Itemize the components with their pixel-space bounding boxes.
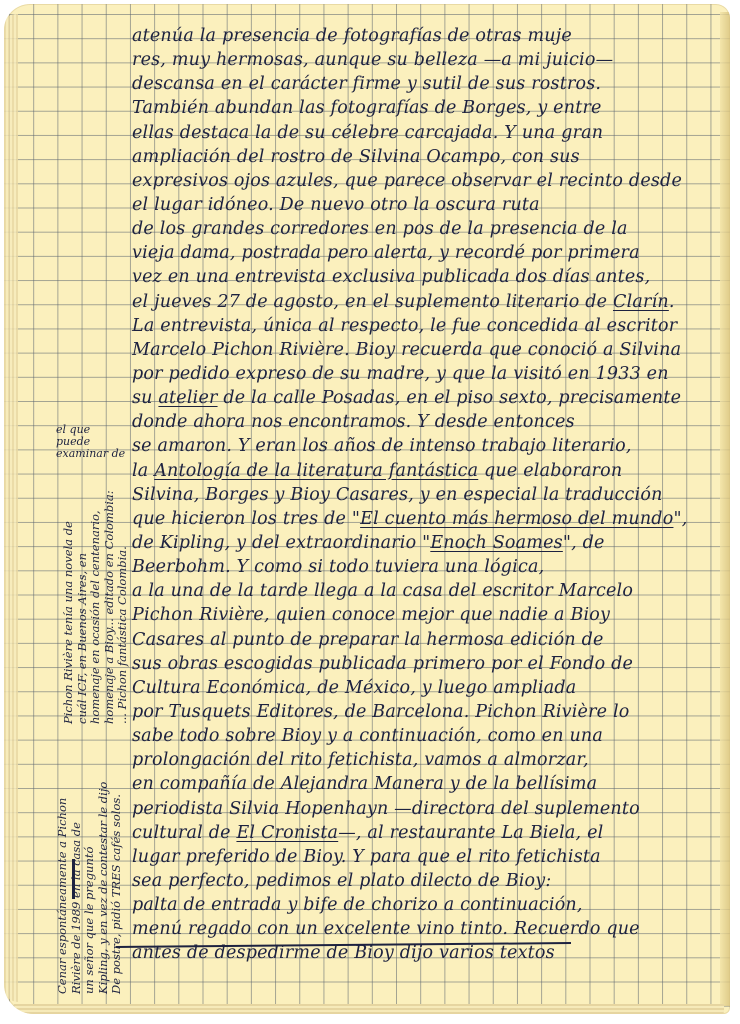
text-line: de Kipling, y del extraordinario "Enoch … [132,531,730,555]
margin-note-line: De postre, pidió TRES cafés solos. [110,782,124,994]
text-line: res, muy hermosas, aunque su belleza —a … [132,48,730,72]
underlined-title: El cuento más hermoso del mundo [360,509,673,529]
text-line: ellas destaca la de su célebre carcajada… [132,121,730,145]
margin-note-line: cuál ICF, en Buenos Aires, en [76,490,90,724]
margin-note-vertical-upper: Pichon Rivière tenía una novela decuál I… [62,490,130,724]
text-line: se amaron. Y eran los años de intenso tr… [132,434,730,458]
text-line: Casares al punto de preparar la hermosa … [132,628,730,652]
text-line: donde ahora nos encontramos. Y desde ent… [132,410,730,434]
text-line: la Antología de la literatura fantástica… [132,459,730,483]
margin-note-line: homenaje en ocasión del centenario, [89,490,103,724]
text-line: Pichon Rivière, quien conoce mejor que n… [132,603,730,627]
margin-note-line: Pichon Rivière tenía una novela de [62,490,76,724]
text-line: menú regado con un excelente vino tinto.… [132,917,730,941]
text-line: vieja dama, postrada pero alerta, y reco… [132,241,730,265]
margin-note-top-left: el quepuedeexaminar de [56,424,136,460]
underlined-title: Clarín [613,292,669,312]
text-line: periodista Silvia Hopenhayn —directora d… [132,797,730,821]
text-line: sea perfecto, pedimos el plato dilecto d… [132,869,730,893]
text-line: el jueves 27 de agosto, en el suplemento… [132,290,730,314]
text-line: Cultura Económica, de México, y luego am… [132,676,730,700]
text-line: el lugar idóneo. De nuevo otro la oscura… [132,193,730,217]
text-line: lugar preferido de Bioy. Y para que el r… [132,845,730,869]
underlined-title: Enoch Soames [430,533,563,553]
text-line: descansa en el carácter firme y sutil de… [132,72,730,96]
text-line: Silvina, Borges y Bioy Casares, y en esp… [132,483,730,507]
margin-note-line: homenaje a Bioy... editado en Colombia: [103,490,117,724]
page-stack-edge-bottom [14,1004,724,1014]
text-line: que hicieron los tres de "El cuento más … [132,507,730,531]
text-line: sus obras escogidas publicada primero po… [132,652,730,676]
margin-note-vertical-lower: Cenar espontáneamente a PichonRivière de… [56,782,124,994]
text-line: La entrevista, única al respecto, le fue… [132,314,730,338]
text-line: sabe todo sobre Bioy y a continuación, c… [132,724,730,748]
text-line: por Tusquets Editores, de Barcelona. Pic… [132,700,730,724]
text-line: de los grandes corredores en pos de la p… [132,217,730,241]
text-line: cultural de El Cronista—, al restaurante… [132,821,730,845]
text-line: Marcelo Pichon Rivière. Bioy recuerda qu… [132,338,730,362]
underlined-title: Antología de la literatura fantástica [154,461,478,481]
text-line: prolongación del rito fetichista, vamos … [132,748,730,772]
text-line: vez en una entrevista exclusiva publicad… [132,265,730,289]
text-line: Beerbohm. Y como si todo tuviera una lóg… [132,555,730,579]
handwritten-main-text: atenúa la presencia de fotografías de ot… [132,24,730,965]
text-line: en compañía de Alejandra Manera y de la … [132,772,730,796]
page-stack-edge-left [4,14,18,1002]
text-line: ampliación del rostro de Silvina Ocampo,… [132,145,730,169]
text-line: atenúa la presencia de fotografías de ot… [132,24,730,48]
text-line: por pedido expreso de su madre, y que la… [132,362,730,386]
text-line: a la una de la tarde llega a la casa del… [132,579,730,603]
text-line: expresivos ojos azules, que parece obser… [132,169,730,193]
margin-note-line: examinar de [56,448,136,460]
margin-note-line: Kipling, y en vez de contestar le dijo [97,782,111,994]
text-line: También abundan las fotografías de Borge… [132,96,730,120]
margin-note-line: Cenar espontáneamente a Pichon [56,782,70,994]
margin-note-line: ... Pichon fantástica Colombia. [116,490,130,724]
text-line: palta de entrada y bife de chorizo a con… [132,893,730,917]
margin-bracket-mark [72,859,81,899]
underlined-title: El Cronista [236,823,338,843]
underlined-title: atelier [158,388,217,408]
margin-note-line: un señor que le preguntó [83,782,97,994]
text-line: su atelier de la calle Posadas, en el pi… [132,386,730,410]
notebook-page: atenúa la presencia de fotografías de ot… [4,4,730,1014]
